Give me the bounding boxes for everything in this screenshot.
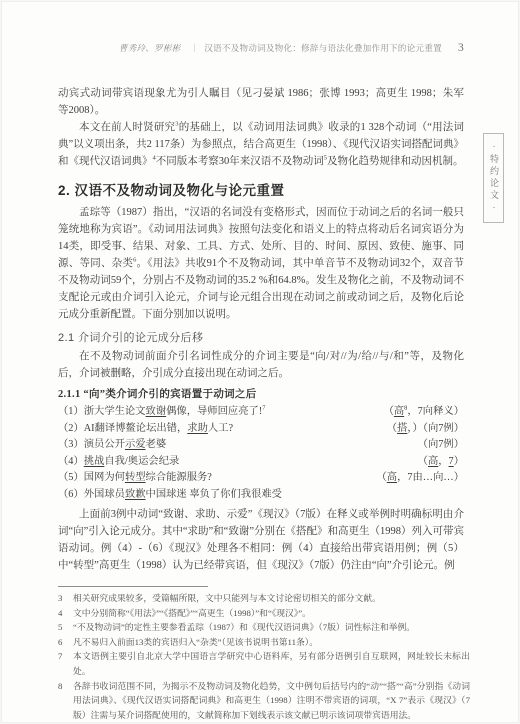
footnote-number: 7: [58, 649, 66, 678]
section-heading-2: 2. 汉语不及物动词及物化与论元重置: [58, 179, 464, 199]
running-head-separator: ｜: [191, 42, 200, 54]
footnote-text: 文中分别简称“《用法》”“《搭配》”“高更生（1998）”和“《现汉》”。: [73, 606, 470, 621]
footnote-number: 5: [58, 620, 66, 635]
running-head-authors: 曹秀玲、罗彬彬: [119, 42, 181, 54]
example-row: （6）外国球员致歉中国球迷 辜负了你们我很难受: [58, 487, 464, 504]
footnote-number: 8: [58, 679, 66, 723]
example-annotation: （高，7）: [418, 454, 464, 471]
paper-page: 曹秀玲、罗彬彬 ｜ 汉语不及物动词及物化：修辞与语法化叠加作用下的论元重置 3 …: [1, 1, 519, 723]
footnote-row: 8 各辞书收词范围不同，为揭示不及物动词及物化趋势，文中例句后括号内的“动”“搭…: [58, 679, 470, 723]
example-annotation: （高8，7向释义）: [384, 404, 464, 421]
paragraph-section2-1: 在不及物动词前面介引名词性成分的介词主要是“向/对//为/给//与/和”等，及物…: [58, 348, 464, 382]
section-heading-2-1-1: 2.1.1 “向”类介词介引的宾语置于动词之后: [58, 386, 464, 401]
footnote-text: 凡不易归入前面13类的宾语归入“杂类”（见该书说明书第11条）。: [73, 635, 470, 650]
special-column-label: ·特约论文·: [483, 133, 504, 223]
paragraph-intro: 本文在前人时贤研究3的基础上，以《动词用法词典》收录的1 328个动词（“用法词…: [58, 119, 464, 170]
example-row: （3）演员公开示爱老婆 （向7例）: [58, 437, 464, 454]
example-text: （3）演员公开示爱老婆: [58, 437, 166, 454]
footnote-row: 3 相关研究成果较多，受篇幅所限，文中只能列与本文讨论密切相关的部分文献。: [58, 591, 470, 606]
section-heading-2-1: 2.1 介词介引的论元成分后移: [58, 329, 464, 345]
example-text: （2）AI翻译博鳌论坛出错，求助人工?: [58, 421, 233, 438]
example-text: （5）国网为何转型综合能源服务?: [58, 470, 212, 487]
example-list: （1）浙大学生论文致谢偶像，导师回应亮了!7 （高8，7向释义） （2）AI翻译…: [58, 404, 464, 503]
example-annotation: （高，7由…向…）: [376, 470, 464, 487]
footnote-text: 本文语例主要引自北京大学中国语言学研究中心语料库，另有部分语例引自互联网，网址较…: [73, 649, 470, 678]
running-head-title: 汉语不及物动词及物化：修辞与语法化叠加作用下的论元重置: [204, 42, 442, 54]
example-text: （4）挑战自我/奥运会纪录: [58, 454, 179, 471]
footnote-number: 6: [58, 635, 66, 650]
article-body: 动宾式动词带宾语现象尤为引人瞩目（见刁晏斌 1986；张博 1993；高更生 1…: [58, 85, 464, 574]
example-row: （2）AI翻译博鳌论坛出错，求助人工? （搭，）（向7例）: [58, 421, 464, 438]
footnote-block: 3 相关研究成果较多，受篇幅所限，文中只能列与本文讨论密切相关的部分文献。 4 …: [58, 586, 470, 722]
footnote-row: 7 本文语例主要引自北京大学中国语言学研究中心语料库，另有部分语例引自互联网，网…: [58, 649, 470, 678]
example-text: （1）浙大学生论文致谢偶像，导师回应亮了!7: [58, 404, 265, 421]
example-row: （1）浙大学生论文致谢偶像，导师回应亮了!7 （高8，7向释义）: [58, 404, 464, 421]
example-annotation: （向7例）: [418, 437, 464, 454]
footnote-number: 3: [58, 591, 66, 606]
example-row: （4）挑战自我/奥运会纪录 （高，7）: [58, 454, 464, 471]
footnote-text: 相关研究成果较多，受篇幅所限，文中只能列与本文讨论密切相关的部分文献。: [73, 591, 470, 606]
example-annotation: （搭，）（向7例）: [387, 421, 464, 438]
footnote-divider: [58, 586, 208, 587]
footnote-row: 6 凡不易归入前面13类的宾语归入“杂类”（见该书说明书第11条）。: [58, 635, 470, 650]
example-text: （6）外国球员致歉中国球迷 辜负了你们我很难受: [58, 487, 282, 504]
footnote-row: 5 “不及物动词”的定性主要参看孟琮（1987）和《现代汉语词典》（7版）词性标…: [58, 620, 470, 635]
running-head: 曹秀玲、罗彬彬 ｜ 汉语不及物动词及物化：修辞与语法化叠加作用下的论元重置 3: [58, 42, 464, 54]
example-row: （5）国网为何转型综合能源服务? （高，7由…向…）: [58, 470, 464, 487]
paragraph-section2: 孟琮等（1987）指出，“汉语的名词没有变格形式，因而位于动词之后的名词一般只笼…: [58, 204, 464, 323]
paragraph-discussion: 上面前3例中动词“致谢、求助、示爱”《现汉》（7版）在释义或举例时明确标明由介词…: [58, 506, 464, 574]
footnote-number: 4: [58, 606, 66, 621]
footnote-text: 各辞书收词范围不同，为揭示不及物动词及物化趋势，文中例句后括号内的“动”“搭”“…: [73, 679, 470, 723]
footnote-row: 4 文中分别简称“《用法》”“《搭配》”“高更生（1998）”和“《现汉》”。: [58, 606, 470, 621]
page-number: 3: [458, 42, 464, 54]
paragraph-continuation: 动宾式动词带宾语现象尤为引人瞩目（见刁晏斌 1986；张博 1993；高更生 1…: [58, 85, 464, 119]
footnote-text: “不及物动词”的定性主要参看孟琮（1987）和《现代汉语词典》（7版）词性标注和…: [73, 620, 470, 635]
